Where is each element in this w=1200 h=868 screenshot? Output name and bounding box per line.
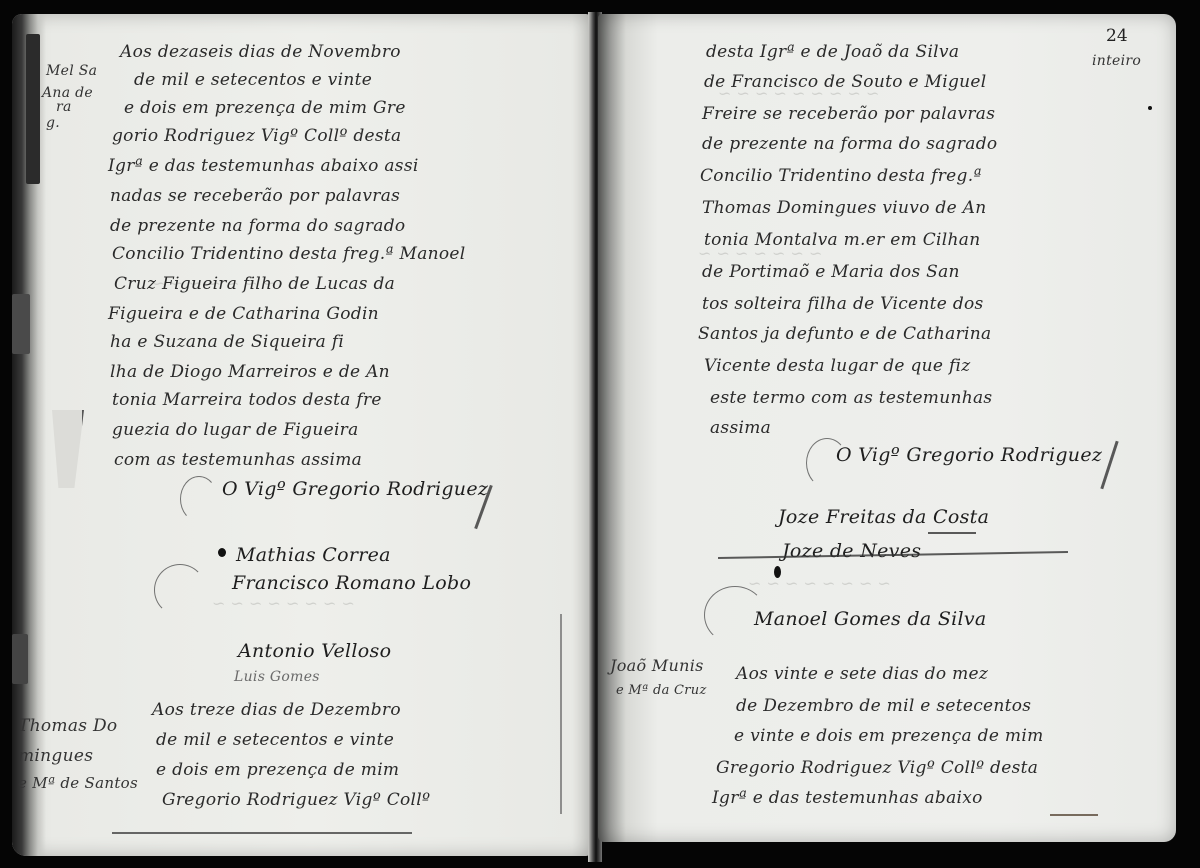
entry-line: desta Igrª e de Joaõ da Silva [706,44,959,61]
entry-line: tonia Montalva m.er em Cilhan [704,232,980,249]
entry-line: de Portimaõ e Maria dos San [702,264,960,281]
binding-stain [12,294,30,354]
entry-line: Aos treze dias de Dezembro [152,702,401,719]
margin-note-line: e Mª da Cruz [616,684,707,697]
entry-line: Igrª e das testemunhas abaixo [712,790,983,807]
entry-line: Thomas Domingues viuvo de An [702,200,987,217]
folio-number: 24 [1106,26,1128,46]
entry-line: Gregorio Rodriguez Vigº Collº [162,792,430,809]
witness-signature: Mathias Correa [236,546,391,565]
entry-line: com as testemunhas assima [114,452,362,469]
ink-blot [218,548,226,557]
folded-paper-tab [52,410,84,488]
ink-blot [774,566,781,578]
entry-line: lha de Diogo Marreiros e de An [110,364,390,381]
entry-line: este termo com as testemunhas [710,390,992,407]
priest-signature: O Vigº Gregorio Rodriguez [222,480,488,499]
entry-line: Igrª e das testemunhas abaixo assi [108,158,419,175]
margin-note-line: Thomas Do [18,718,117,735]
catchword-stroke [1050,814,1098,816]
entry-line: ha e Suzana de Siqueira fi [110,334,344,351]
binding-stain [26,34,40,184]
entry-line: Aos vinte e sete dias do mez [736,666,988,683]
margin-note-line: mingues [18,748,93,765]
margin-note-line: g. [46,116,60,130]
entry-line: tonia Marreira todos desta fre [112,392,382,409]
witness-signature: Francisco Romano Lobo [232,574,471,593]
ink-bleed-through: ~ ~ ~ ~ ~ ~ ~ ~ [748,574,891,593]
page-edge-line [560,614,562,814]
signature-flourish [806,438,848,488]
signature-flourish [180,476,218,522]
entry-line: de mil e setecentos e vinte [156,732,394,749]
entry-line: Concilio Tridentino desta freg.ª Manoel [112,246,466,263]
witness-signature: Manoel Gomes da Silva [754,610,987,629]
ink-dot [1148,106,1152,110]
entry-line: tos solteira filha de Vicente dos [702,296,984,313]
signature-flourish [154,564,206,616]
witness-signature: Joze de Neves [782,542,921,561]
right-page: 24 inteiro ~ ~ ~ ~ ~ ~ ~ ~ ~ ~ ~ ~ ~ ~ ~… [598,14,1176,842]
margin-note-line: Mel Sa [46,64,97,78]
witness-signature: Antonio Velloso [238,642,391,661]
entry-line: Freire se receberão por palavras [702,106,995,123]
entry-line: de prezente na forma do sagrado [110,218,405,235]
entry-line: Concilio Tridentino desta freg.ª [700,168,982,185]
entry-line: de mil e setecentos e vinte [134,72,372,89]
entry-line: Aos dezaseis dias de Novembro [120,44,401,61]
signature-underline [928,532,976,534]
entry-line: Cruz Figueira filho de Lucas da [114,276,395,293]
signature-flourish-stroke [1100,441,1118,489]
entry-line: nadas se receberão por palavras [110,188,400,205]
entry-line: Gregorio Rodriguez Vigº Collº desta [716,760,1038,777]
page-edge-tear [112,832,412,834]
entry-line: gorio Rodriguez Vigº Collº desta [112,128,402,145]
witness-signature: Luis Gomes [234,670,320,684]
entry-line: assima [710,420,771,437]
margin-note-line: Ana de [42,86,93,100]
entry-line: de Dezembro de mil e setecentos [736,698,1031,715]
entry-line: de Francisco de Souto e Miguel [704,74,986,91]
ink-bleed-through: ~ ~ ~ ~ ~ ~ ~ ~ [212,594,355,613]
witness-signature: Joze Freitas da Costa [778,508,989,527]
entry-line: guezia do lugar de Figueira [112,422,359,439]
entry-line: Vicente desta lugar de que fiz [704,358,971,375]
priest-signature: O Vigº Gregorio Rodriguez [836,446,1102,465]
folio-annotation: inteiro [1092,54,1141,68]
entry-line: e dois em prezença de mim [156,762,399,779]
entry-line: de prezente na forma do sagrado [702,136,997,153]
entry-line: e vinte e dois em prezença de mim [734,728,1044,745]
left-page: ~ ~ ~ ~ ~ ~ ~ ~ ~ ~ ~ ~ ~ ~ ~ Mel Sa Ana… [12,14,590,856]
entry-line: Santos ja defunto e de Catharina [698,326,991,343]
entry-line: e dois em prezença de mim Gre [124,100,406,117]
binding-stain [12,634,28,684]
margin-note-line: Joaõ Munis [610,658,704,674]
entry-line: Figueira e de Catharina Godin [108,306,379,323]
margin-note-line: e Mª de Santos [18,776,138,791]
margin-note-line: ra [56,100,72,114]
